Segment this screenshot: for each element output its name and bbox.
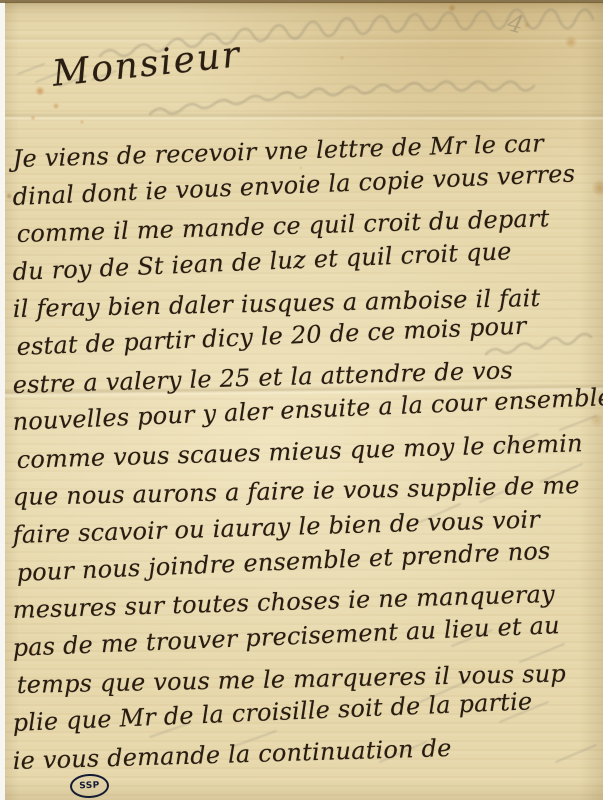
stamp-label: SSP [79,781,100,792]
page-top-edge [0,0,603,3]
letter-body: Je viens de recevoir vne lettre de Mr le… [13,141,599,780]
scan-background-strip [0,0,5,800]
scanned-letter-page: 4 Monsieur Je viens de recevoir vne lett… [0,0,603,800]
